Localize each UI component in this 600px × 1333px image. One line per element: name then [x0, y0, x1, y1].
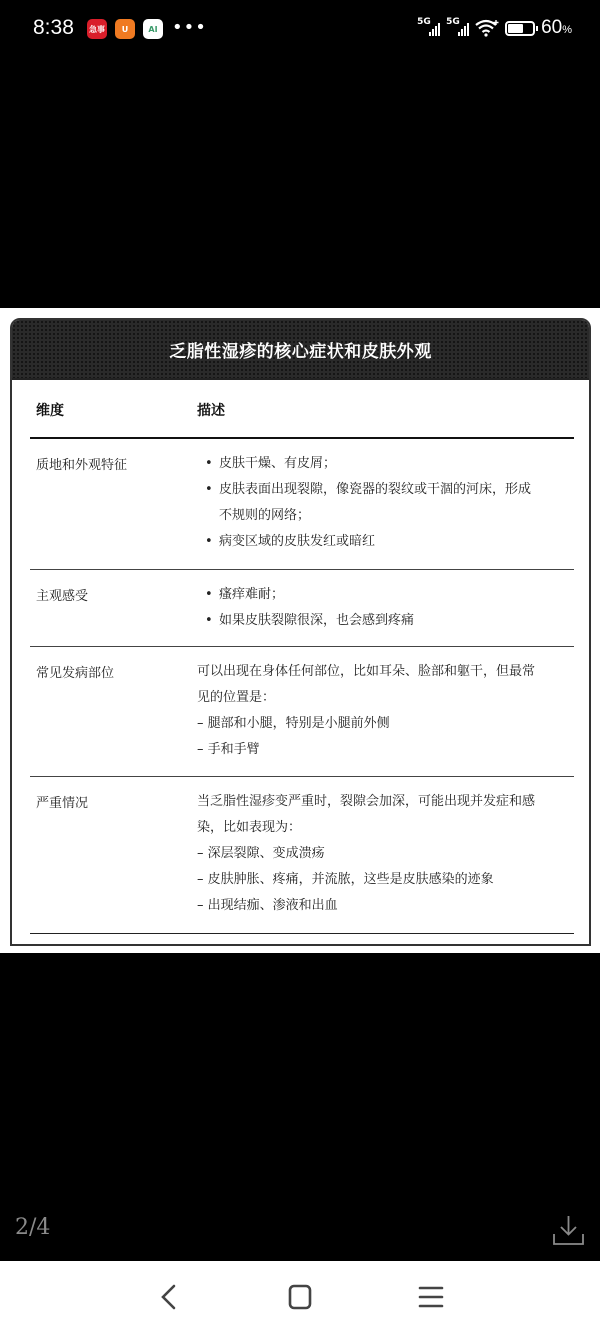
signal-icon: 5G [417, 20, 440, 36]
row-description: 瘙痒难耐； 如果皮肤裂隙很深，也会感到疼痛 [197, 582, 574, 646]
card-header: 乏脂性湿疹的核心症状和皮肤外观 [12, 320, 589, 380]
row-description: 皮肤干燥、有皮屑； 皮肤表面出现裂隙，像瓷器的裂纹或干涸的河床，形成 不规则的网… [197, 451, 574, 569]
table-row: 质地和外观特征 皮肤干燥、有皮屑； 皮肤表面出现裂隙，像瓷器的裂纹或干涸的河床，… [30, 439, 574, 570]
signal-icon: 5G [446, 20, 469, 36]
table-row: 常见发病部位 可以出现在身体任何部位，比如耳朵、脸部和躯干，但最常 见的位置是：… [30, 647, 574, 777]
row-label: 主观感受 [30, 582, 197, 646]
orange-app-icon: U [115, 19, 135, 39]
red-app-icon: 急事 [87, 19, 107, 39]
row-label: 常见发病部位 [30, 659, 197, 776]
back-icon[interactable] [155, 1283, 185, 1311]
info-card: 乏脂性湿疹的核心症状和皮肤外观 维度 描述 质地和外观特征 皮肤干燥、有皮屑； … [10, 318, 591, 946]
status-bar: 8:38 急事 U AI ••• 5G 5G 60% [0, 0, 600, 60]
wifi-icon [475, 19, 499, 37]
header-dimension: 维度 [30, 400, 197, 420]
table-row: 严重情况 当乏脂性湿疹变严重时，裂隙会加深，可能出现并发症和感 染，比如表现为：… [30, 777, 574, 934]
row-description: 当乏脂性湿疹变严重时，裂隙会加深，可能出现并发症和感 染，比如表现为： – 深层… [197, 789, 574, 933]
table-header: 维度 描述 [30, 382, 574, 439]
row-label: 质地和外观特征 [30, 451, 197, 569]
card-title: 乏脂性湿疹的核心症状和皮肤外观 [169, 337, 432, 362]
download-icon[interactable] [552, 1214, 585, 1246]
battery-icon [505, 21, 535, 36]
symptom-table: 维度 描述 质地和外观特征 皮肤干燥、有皮屑； 皮肤表面出现裂隙，像瓷器的裂纹或… [30, 382, 574, 934]
home-ai-app-icon: AI [143, 19, 163, 39]
clock: 8:38 [33, 16, 74, 40]
image-viewer-page[interactable]: 乏脂性湿疹的核心症状和皮肤外观 维度 描述 质地和外观特征 皮肤干燥、有皮屑； … [0, 308, 600, 953]
row-description: 可以出现在身体任何部位，比如耳朵、脸部和躯干，但最常 见的位置是： – 腿部和小… [197, 659, 574, 776]
battery-percent: 60% [541, 17, 572, 39]
table-row: 主观感受 瘙痒难耐； 如果皮肤裂隙很深，也会感到疼痛 [30, 570, 574, 647]
row-label: 严重情况 [30, 789, 197, 933]
home-icon[interactable] [285, 1283, 315, 1311]
header-description: 描述 [197, 400, 574, 420]
system-nav-bar [0, 1261, 600, 1333]
page-indicator: 2/4 [15, 1215, 50, 1240]
more-notifications-icon: ••• [172, 17, 207, 38]
menu-icon[interactable] [416, 1283, 446, 1311]
